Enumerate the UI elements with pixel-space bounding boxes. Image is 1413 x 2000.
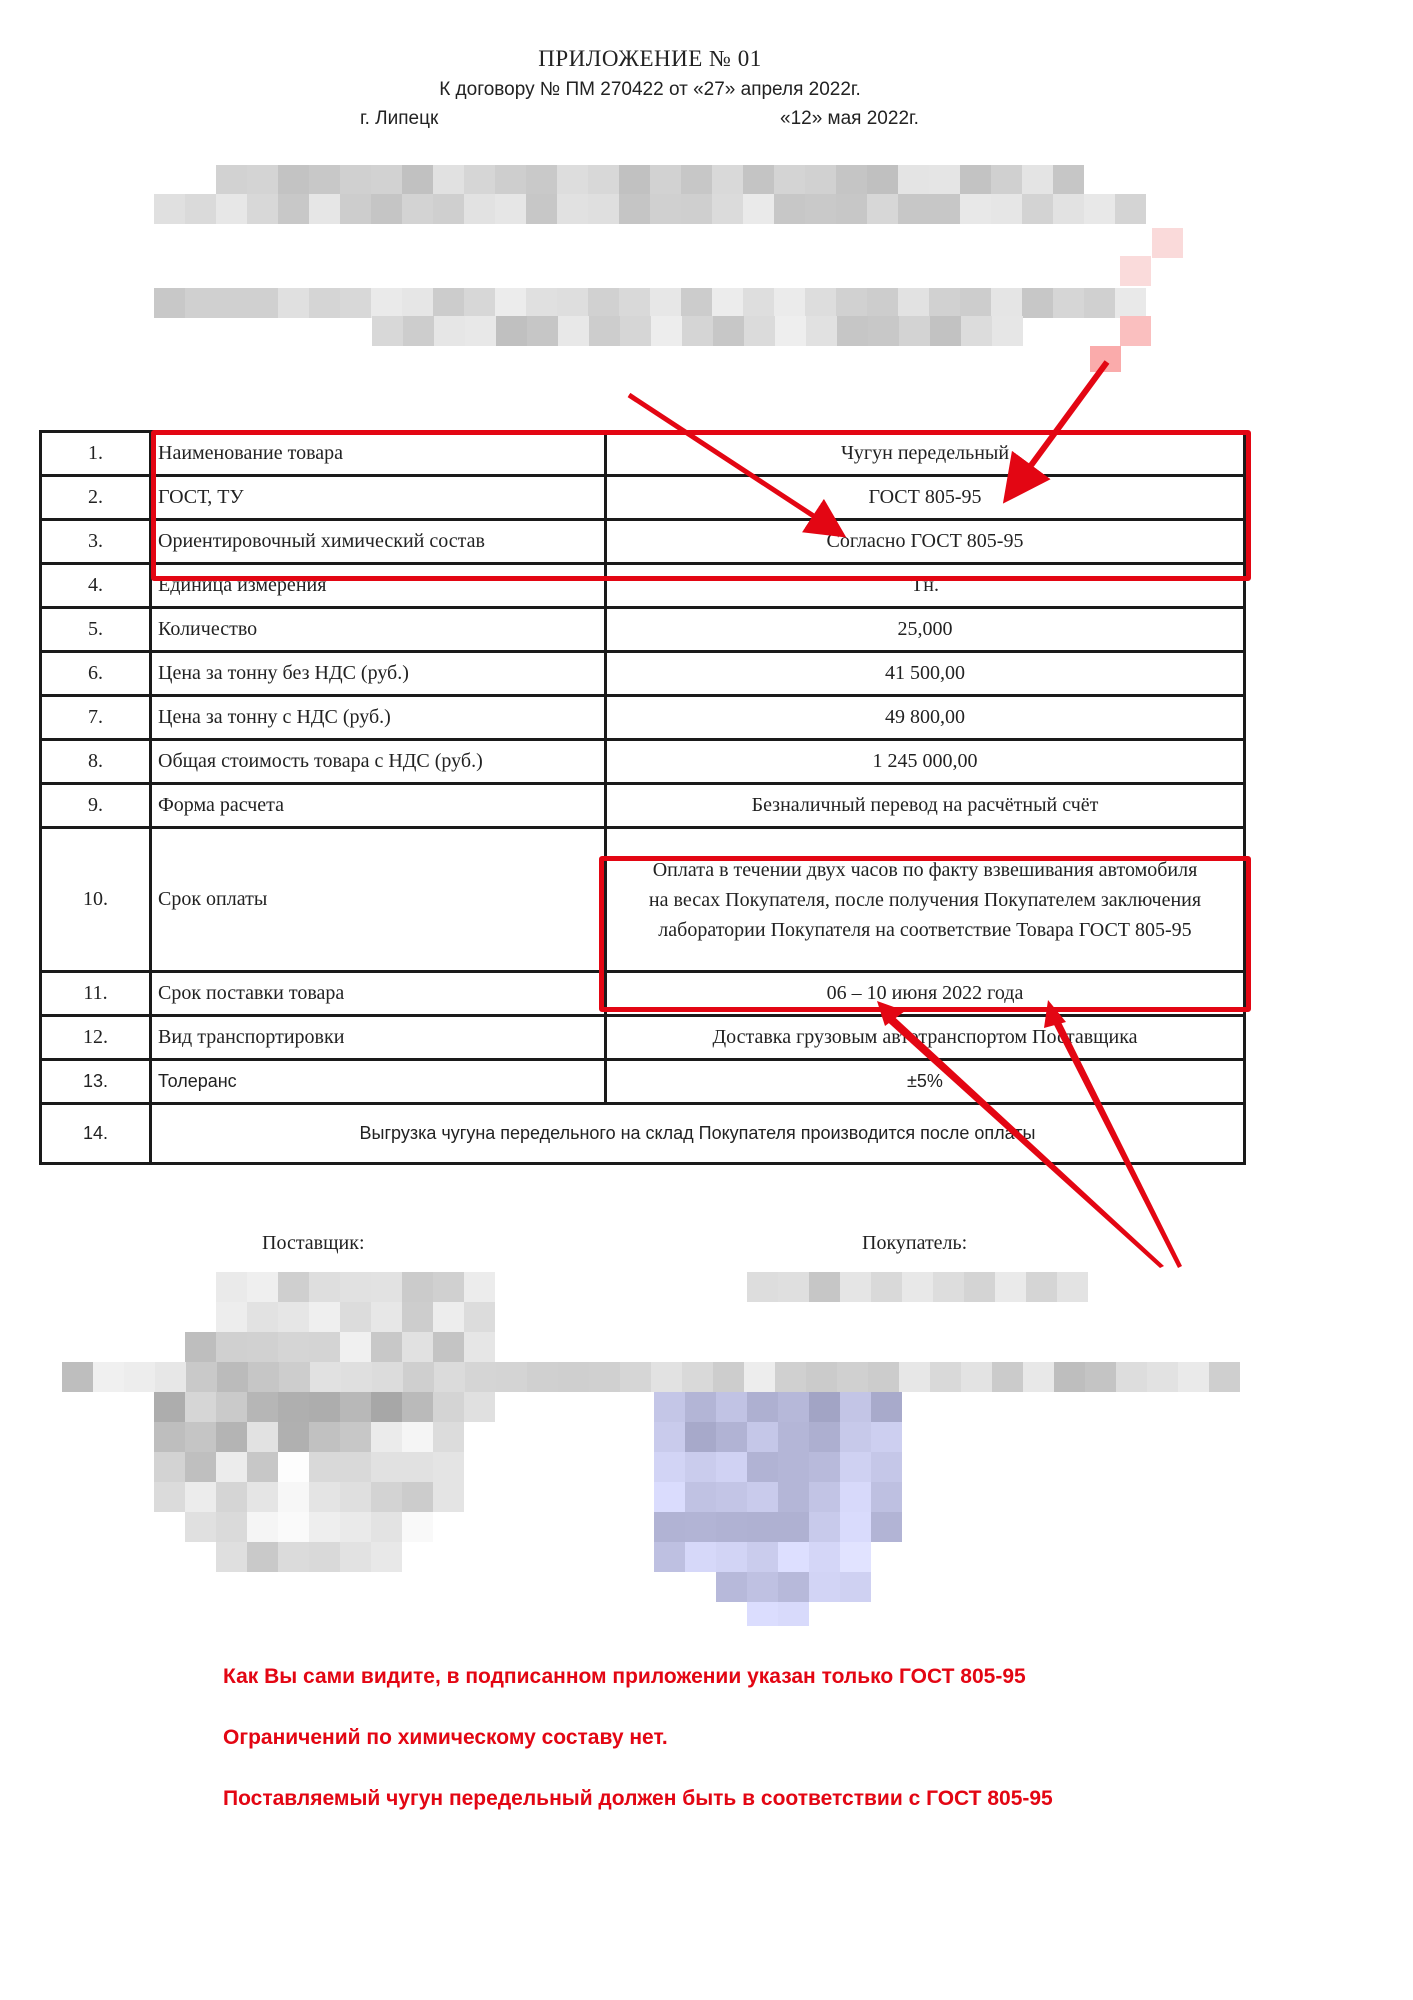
row-name: Вид транспортировки — [151, 1016, 606, 1060]
row-value: 25,000 — [606, 608, 1245, 652]
document-date: «12» мая 2022г. — [780, 108, 919, 130]
row-number: 1. — [41, 432, 151, 476]
row-number: 14. — [41, 1104, 151, 1164]
row-name: Цена за тонну без НДС (руб.) — [151, 652, 606, 696]
highlight-box-payment-terms — [599, 856, 1251, 1012]
row-value: 1 245 000,00 — [606, 740, 1245, 784]
table-row: 9. Форма расчета Безналичный перевод на … — [41, 784, 1245, 828]
row-value: 41 500,00 — [606, 652, 1245, 696]
row-number: 5. — [41, 608, 151, 652]
row-number: 11. — [41, 972, 151, 1016]
row-name: Срок оплаты — [151, 828, 606, 972]
row-number: 9. — [41, 784, 151, 828]
row-value: Безналичный перевод на расчётный счёт — [606, 784, 1245, 828]
highlight-box-rows-1-3 — [151, 430, 1251, 581]
row-number: 2. — [41, 476, 151, 520]
table-row: 7. Цена за тонну с НДС (руб.) 49 800,00 — [41, 696, 1245, 740]
row-name: Срок поставки товара — [151, 972, 606, 1016]
table-row: 14. Выгрузка чугуна передельного на скла… — [41, 1104, 1245, 1164]
row-number: 12. — [41, 1016, 151, 1060]
row-number: 7. — [41, 696, 151, 740]
annotation-note-1: Как Вы сами видите, в подписанном прилож… — [223, 1665, 1026, 1689]
table-row: 12. Вид транспортировки Доставка грузовы… — [41, 1016, 1245, 1060]
row-merged-value: Выгрузка чугуна передельного на склад По… — [151, 1104, 1245, 1164]
row-number: 13. — [41, 1060, 151, 1104]
table-row: 13. Толеранс ±5% — [41, 1060, 1245, 1104]
annotation-note-3: Поставляемый чугун передельный должен бы… — [223, 1787, 1053, 1811]
table-row: 6. Цена за тонну без НДС (руб.) 41 500,0… — [41, 652, 1245, 696]
row-name: Количество — [151, 608, 606, 652]
table-row: 8. Общая стоимость товара с НДС (руб.) 1… — [41, 740, 1245, 784]
row-value: 49 800,00 — [606, 696, 1245, 740]
supplier-label: Поставщик: — [262, 1232, 365, 1255]
contract-reference: К договору № ПМ 270422 от «27» апреля 20… — [0, 79, 1300, 101]
row-number: 10. — [41, 828, 151, 972]
row-name: Цена за тонну с НДС (руб.) — [151, 696, 606, 740]
document-title: ПРИЛОЖЕНИЕ № 01 — [0, 46, 1300, 72]
row-name: Форма расчета — [151, 784, 606, 828]
document-city: г. Липецк — [360, 108, 438, 130]
annotation-note-2: Ограничений по химическому составу нет. — [223, 1726, 668, 1750]
row-number: 4. — [41, 564, 151, 608]
table-row: 5. Количество 25,000 — [41, 608, 1245, 652]
row-value: ±5% — [606, 1060, 1245, 1104]
row-name: Толеранс — [151, 1060, 606, 1104]
buyer-label: Покупатель: — [862, 1232, 967, 1255]
row-number: 3. — [41, 520, 151, 564]
row-number: 8. — [41, 740, 151, 784]
row-number: 6. — [41, 652, 151, 696]
row-name: Общая стоимость товара с НДС (руб.) — [151, 740, 606, 784]
row-value: Доставка грузовым автотранспортом Постав… — [606, 1016, 1245, 1060]
